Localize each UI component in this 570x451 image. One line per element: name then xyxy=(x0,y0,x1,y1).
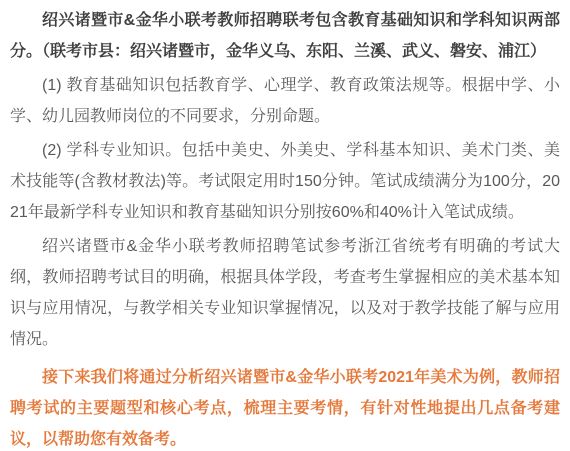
article-body: 绍兴诸暨市&金华小联考教师招聘联考包含教育基础知识和学科知识两部分。（联考市县：… xyxy=(0,0,570,451)
paragraph-conclusion-highlight: 接下来我们将通过分析绍兴诸暨市&金华小联考2021年美术为例，教师招聘考试的主要… xyxy=(10,362,560,451)
paragraph-exam-outline: 绍兴诸暨市&金华小联考教师招聘笔试参考浙江省统考有明确的考试大纲，教师招聘考试目… xyxy=(10,231,560,355)
paragraph-exam-overview: 绍兴诸暨市&金华小联考教师招聘联考包含教育基础知识和学科知识两部分。（联考市县：… xyxy=(10,5,560,67)
paragraph-subject-knowledge: (2) 学科专业知识。包括中美史、外美史、学科基本知识、美术门类、美术技能等(含… xyxy=(10,135,560,228)
paragraph-education-basics: (1) 教育基础知识包括教育学、心理学、教育政策法规等。根据中学、小学、幼儿园教… xyxy=(10,70,560,132)
